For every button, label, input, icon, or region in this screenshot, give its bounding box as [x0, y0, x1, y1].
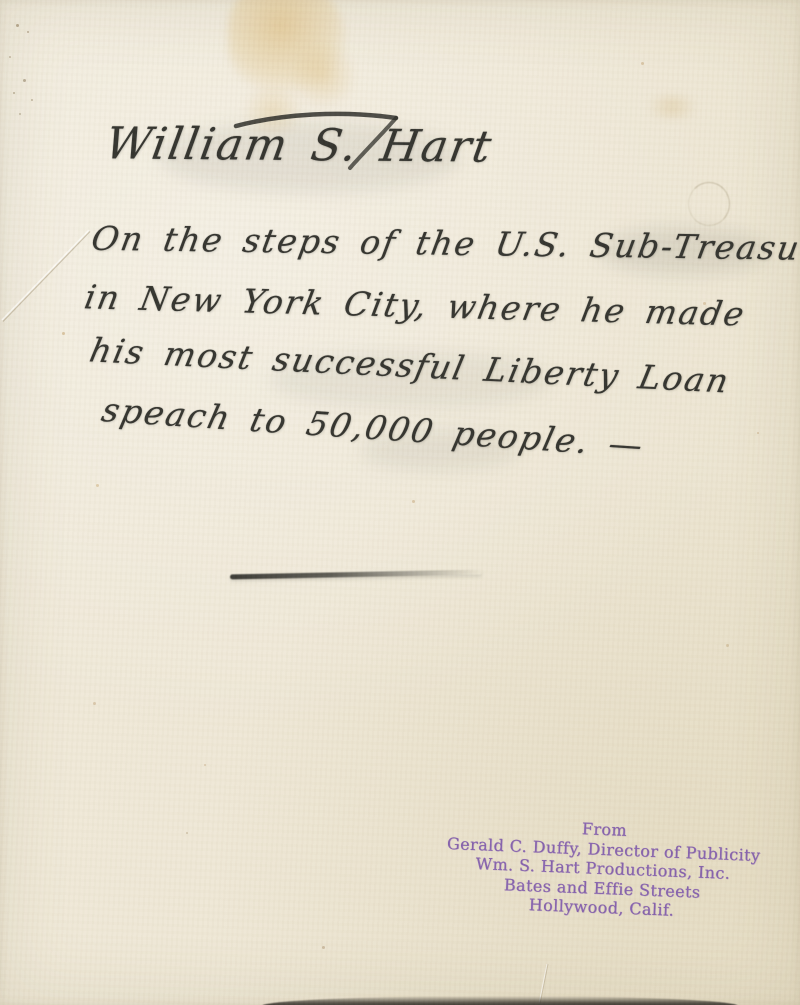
photo-back-paper: William S. Hart On the steps of the U.S.…: [0, 0, 800, 1005]
foxing-speck: [726, 644, 729, 647]
handwritten-caption-line: his most successful Liberty Loan: [89, 330, 730, 400]
foxing-speck: [322, 946, 325, 949]
publicity-stamp: From Gerald C. Duffy, Director of Public…: [434, 814, 771, 924]
handwritten-caption-line: in New York City, where he made: [85, 277, 746, 333]
foxing-speck: [93, 702, 96, 705]
handwritten-name: William S. Hart: [106, 118, 493, 172]
ring-impression: [688, 182, 730, 226]
foxing-speck: [96, 484, 99, 487]
caption-line-text: speach to 50,000 people. —: [98, 390, 648, 464]
foxing-speck: [757, 432, 759, 434]
foxing-speck: [62, 332, 65, 335]
caption-line-text: On the steps of the U.S. Sub-Treasury: [89, 219, 800, 268]
caption-line-text: in New York City, where he made: [82, 277, 749, 333]
foxing-speck: [31, 99, 33, 101]
handwritten-caption-line: On the steps of the U.S. Sub-Treasury: [92, 219, 800, 268]
foxing-speck: [16, 24, 19, 27]
foxing-speck: [23, 79, 26, 82]
handwritten-caption-line: speach to 50,000 people. —: [101, 390, 645, 465]
foxing-speck: [412, 500, 415, 503]
water-stain-blob: [640, 96, 704, 118]
foxing-speck: [27, 31, 29, 33]
foxing-speck: [204, 764, 206, 766]
caption-line-text: his most successful Liberty Loan: [86, 331, 733, 401]
paper-bottom-edge-shadow: [262, 996, 738, 1005]
handwritten-name-text: William S. Hart: [102, 118, 497, 172]
foxing-speck: [19, 113, 21, 115]
pencil-divider-line: [230, 570, 482, 580]
photo-back-scan: William S. Hart On the steps of the U.S.…: [0, 0, 800, 1005]
foxing-speck: [9, 56, 11, 58]
foxing-speck: [13, 92, 15, 94]
foxing-speck: [186, 832, 188, 834]
foxing-speck: [641, 62, 644, 65]
